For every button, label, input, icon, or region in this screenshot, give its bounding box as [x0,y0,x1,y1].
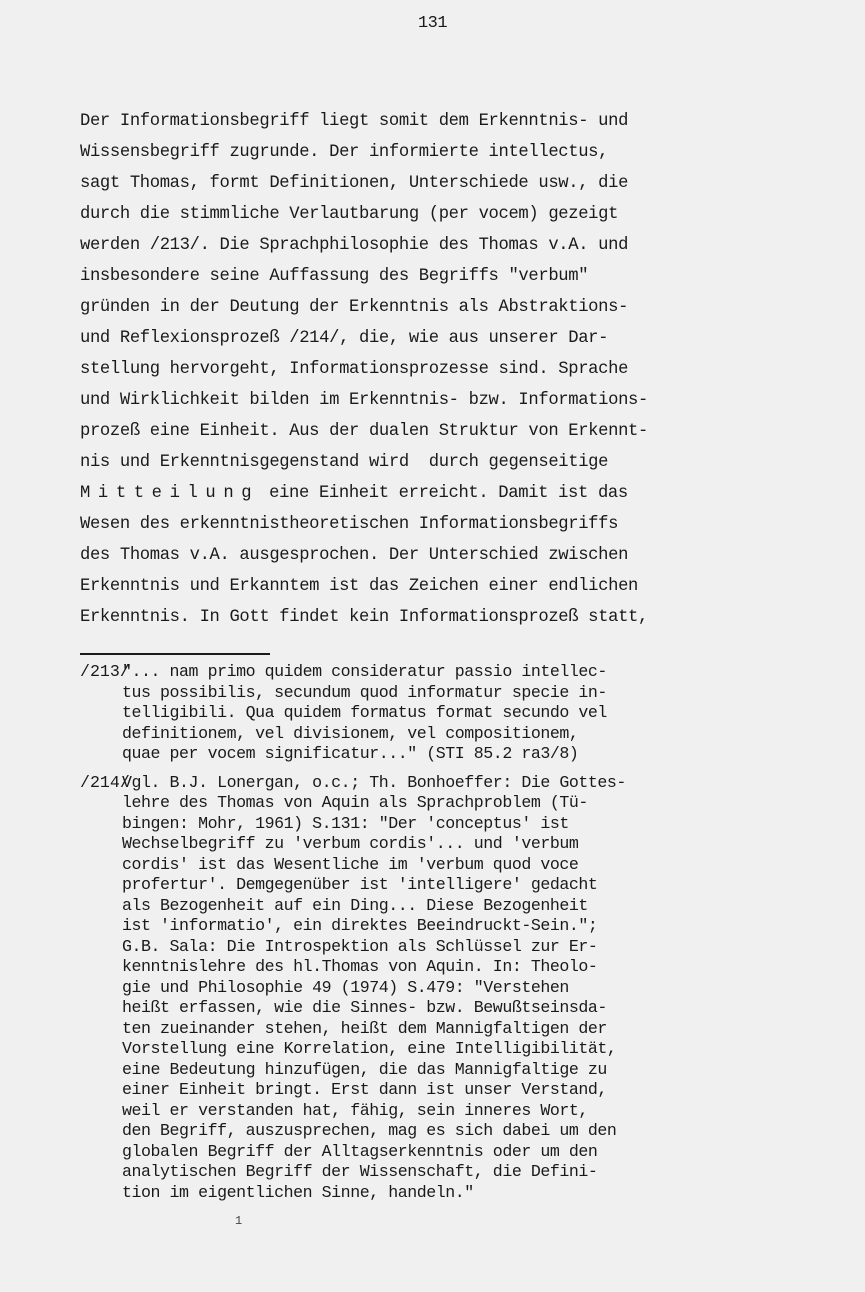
body-line-emphasis: Mitteilung eine Einheit erreicht. Damit … [80,478,780,509]
footnote-line: heißt erfassen, wie die Sinnes- bzw. Bew… [122,998,840,1019]
footnote-line: einer Einheit bringt. Erst dann ist unse… [122,1080,840,1101]
footnote-line: ten zueinander stehen, heißt dem Mannigf… [122,1019,840,1040]
footnote-line: profertur'. Demgegenüber ist 'intelliger… [122,875,840,896]
footnote-label: /213/ [80,662,130,683]
footnote-line: ist 'informatio', ein direktes Beeindruc… [122,916,840,937]
footnote-line: weil er verstanden hat, fähig, sein inne… [122,1101,840,1122]
footnote-line: lehre des Thomas von Aquin als Sprachpro… [122,793,840,814]
footnote-text: "... nam primo quidem consideratur passi… [122,662,840,765]
footnote-line: telligibili. Qua quidem formatus format … [122,703,840,724]
footnote-line: Vorstellung eine Korrelation, eine Intel… [122,1039,840,1060]
footnote-214: /214/ Vgl. B.J. Lonergan, o.c.; Th. Bonh… [80,773,840,1204]
footnote-line: gie und Philosophie 49 (1974) S.479: "Ve… [122,978,840,999]
footnote-line: tus possibilis, secundum quod informatur… [122,683,840,704]
body-line: des Thomas v.A. ausgesprochen. Der Unter… [80,540,780,571]
body-line: Erkenntnis und Erkanntem ist das Zeichen… [80,571,780,602]
footnote-line: definitionem, vel divisionem, vel compos… [122,724,840,745]
body-line: insbesondere seine Auffassung des Begrif… [80,261,780,292]
stray-pen-mark: 1 [235,1214,242,1228]
footnote-line: als Bezogenheit auf ein Ding... Diese Be… [122,896,840,917]
body-line: Der Informationsbegriff liegt somit dem … [80,106,780,137]
footnote-line: eine Bedeutung hinzufügen, die das Manni… [122,1060,840,1081]
footnote-line: globalen Begriff der Alltagserkenntnis o… [122,1142,840,1163]
footnotes-section: /213/ "... nam primo quidem consideratur… [80,662,840,1211]
body-line: prozeß eine Einheit. Aus der dualen Stru… [80,416,780,447]
body-line: und Reflexionsprozeß /214/, die, wie aus… [80,323,780,354]
spaced-emphasis-word: Mitteilung [80,484,259,503]
body-text: Der Informationsbegriff liegt somit dem … [80,106,780,633]
body-line: Wesen des erkenntnistheoretischen Inform… [80,509,780,540]
footnote-213: /213/ "... nam primo quidem consideratur… [80,662,840,765]
body-line: Erkenntnis. In Gott findet kein Informat… [80,602,780,633]
footnote-line: cordis' ist das Wesentliche im 'verbum q… [122,855,840,876]
footnote-text: Vgl. B.J. Lonergan, o.c.; Th. Bonhoeffer… [122,773,840,1204]
footnote-line: Vgl. B.J. Lonergan, o.c.; Th. Bonhoeffer… [122,773,840,794]
footnote-line: analytischen Begriff der Wissenschaft, d… [122,1162,840,1183]
body-line: und Wirklichkeit bilden im Erkenntnis- b… [80,385,780,416]
footnote-label: /214/ [80,773,130,794]
footnote-line: tion im eigentlichen Sinne, handeln." [122,1183,840,1204]
page-number: 131 [0,14,865,33]
body-line: werden /213/. Die Sprachphilosophie des … [80,230,780,261]
footnote-line: kenntnislehre des hl.Thomas von Aquin. I… [122,957,840,978]
footnote-line: Wechselbegriff zu 'verbum cordis'... und… [122,834,840,855]
body-line: sagt Thomas, formt Definitionen, Untersc… [80,168,780,199]
footnote-line: bingen: Mohr, 1961) S.131: "Der 'concept… [122,814,840,835]
body-line: durch die stimmliche Verlautbarung (per … [80,199,780,230]
body-line: Wissensbegriff zugrunde. Der informierte… [80,137,780,168]
footnote-separator-rule [80,653,270,655]
body-line: nis und Erkenntnisgegenstand wird durch … [80,447,780,478]
footnote-line: den Begriff, auszusprechen, mag es sich … [122,1121,840,1142]
body-line-rest: eine Einheit erreicht. Damit ist das [259,484,628,503]
footnote-line: G.B. Sala: Die Introspektion als Schlüss… [122,937,840,958]
body-line: gründen in der Deutung der Erkenntnis al… [80,292,780,323]
footnote-line: "... nam primo quidem consideratur passi… [122,662,840,683]
footnote-line: quae per vocem significatur..." (STI 85.… [122,744,840,765]
body-line: stellung hervorgeht, Informationsprozess… [80,354,780,385]
